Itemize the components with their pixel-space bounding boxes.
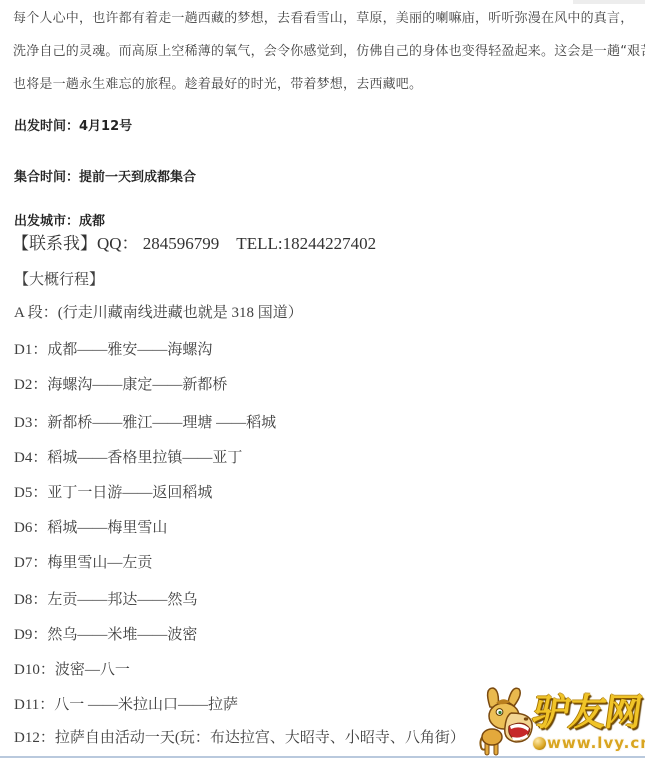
departure-city-text: 出发城市：成都: [14, 210, 105, 229]
itinerary-day-8: D8：左贡——邦达——然乌: [14, 588, 197, 609]
intro-line-2: 洗净自己的灵魂。而高原上空稀薄的氧气，会令你感觉到，仿佛自己的身体也变得轻盈起来…: [13, 40, 645, 59]
itinerary-day-5: D5：亚丁一日游——返回稻城: [14, 481, 212, 502]
itinerary-day-12: D12：拉萨自由活动一天(玩：布达拉宫、大昭寺、小昭寺、八角街）: [14, 726, 465, 747]
assembly-time-text: 集合时间：提前一天到成都集合: [14, 166, 196, 185]
donkey-logo-icon: [477, 685, 537, 757]
itinerary-day-1: D1：成都——雅安——海螺沟: [14, 338, 212, 359]
travel-post-page: 每个人心中，也许都有着走一趟西藏的梦想，去看看雪山，草原，美丽的喇嘛庙，听听弥漫…: [0, 0, 645, 762]
itinerary-day-11: D11：八一 ——米拉山口——拉萨: [14, 693, 238, 714]
lvy-watermark: 驴友网 www.lvy.cn: [477, 685, 645, 757]
itinerary-day-7: D7：梅里雪山—左贡: [14, 551, 152, 572]
itinerary-day-2: D2：海螺沟——康定——新都桥: [14, 373, 227, 394]
stamp-icon: [533, 737, 546, 750]
top-edge-strip: [573, 0, 645, 4]
itinerary-day-4: D4：稻城——香格里拉镇——亚丁: [14, 446, 242, 467]
itinerary-day-10: D10：波密—八一: [14, 658, 130, 679]
itinerary-day-9: D9：然乌——米堆——波密: [14, 623, 197, 644]
bottom-divider: [0, 756, 645, 758]
intro-line-3: 也将是一趟永生难忘的旅程。趁着最好的时光，带着梦想，去西藏吧。: [13, 73, 422, 92]
itinerary-day-6: D6：稻城——梅里雪山: [14, 516, 167, 537]
intro-line-1: 每个人心中，也许都有着走一趟西藏的梦想，去看看雪山，草原，美丽的喇嘛庙，听听弥漫…: [13, 7, 633, 26]
departure-time-text: 出发时间：4月12号: [14, 115, 132, 134]
site-name-text: 驴友网: [530, 693, 644, 733]
site-url-text: www.lvy.cn: [547, 734, 645, 752]
itinerary-day-3: D3：新都桥——雅江——理塘 ——稻城: [14, 411, 276, 432]
itinerary-heading: 【大概行程】: [14, 268, 104, 289]
contact-info-text: 【联系我】QQ： 284596799 TELL:18244227402: [12, 229, 376, 254]
itinerary-section-a: A 段：(行走川藏南线进藏也就是 318 国道）: [14, 301, 303, 322]
